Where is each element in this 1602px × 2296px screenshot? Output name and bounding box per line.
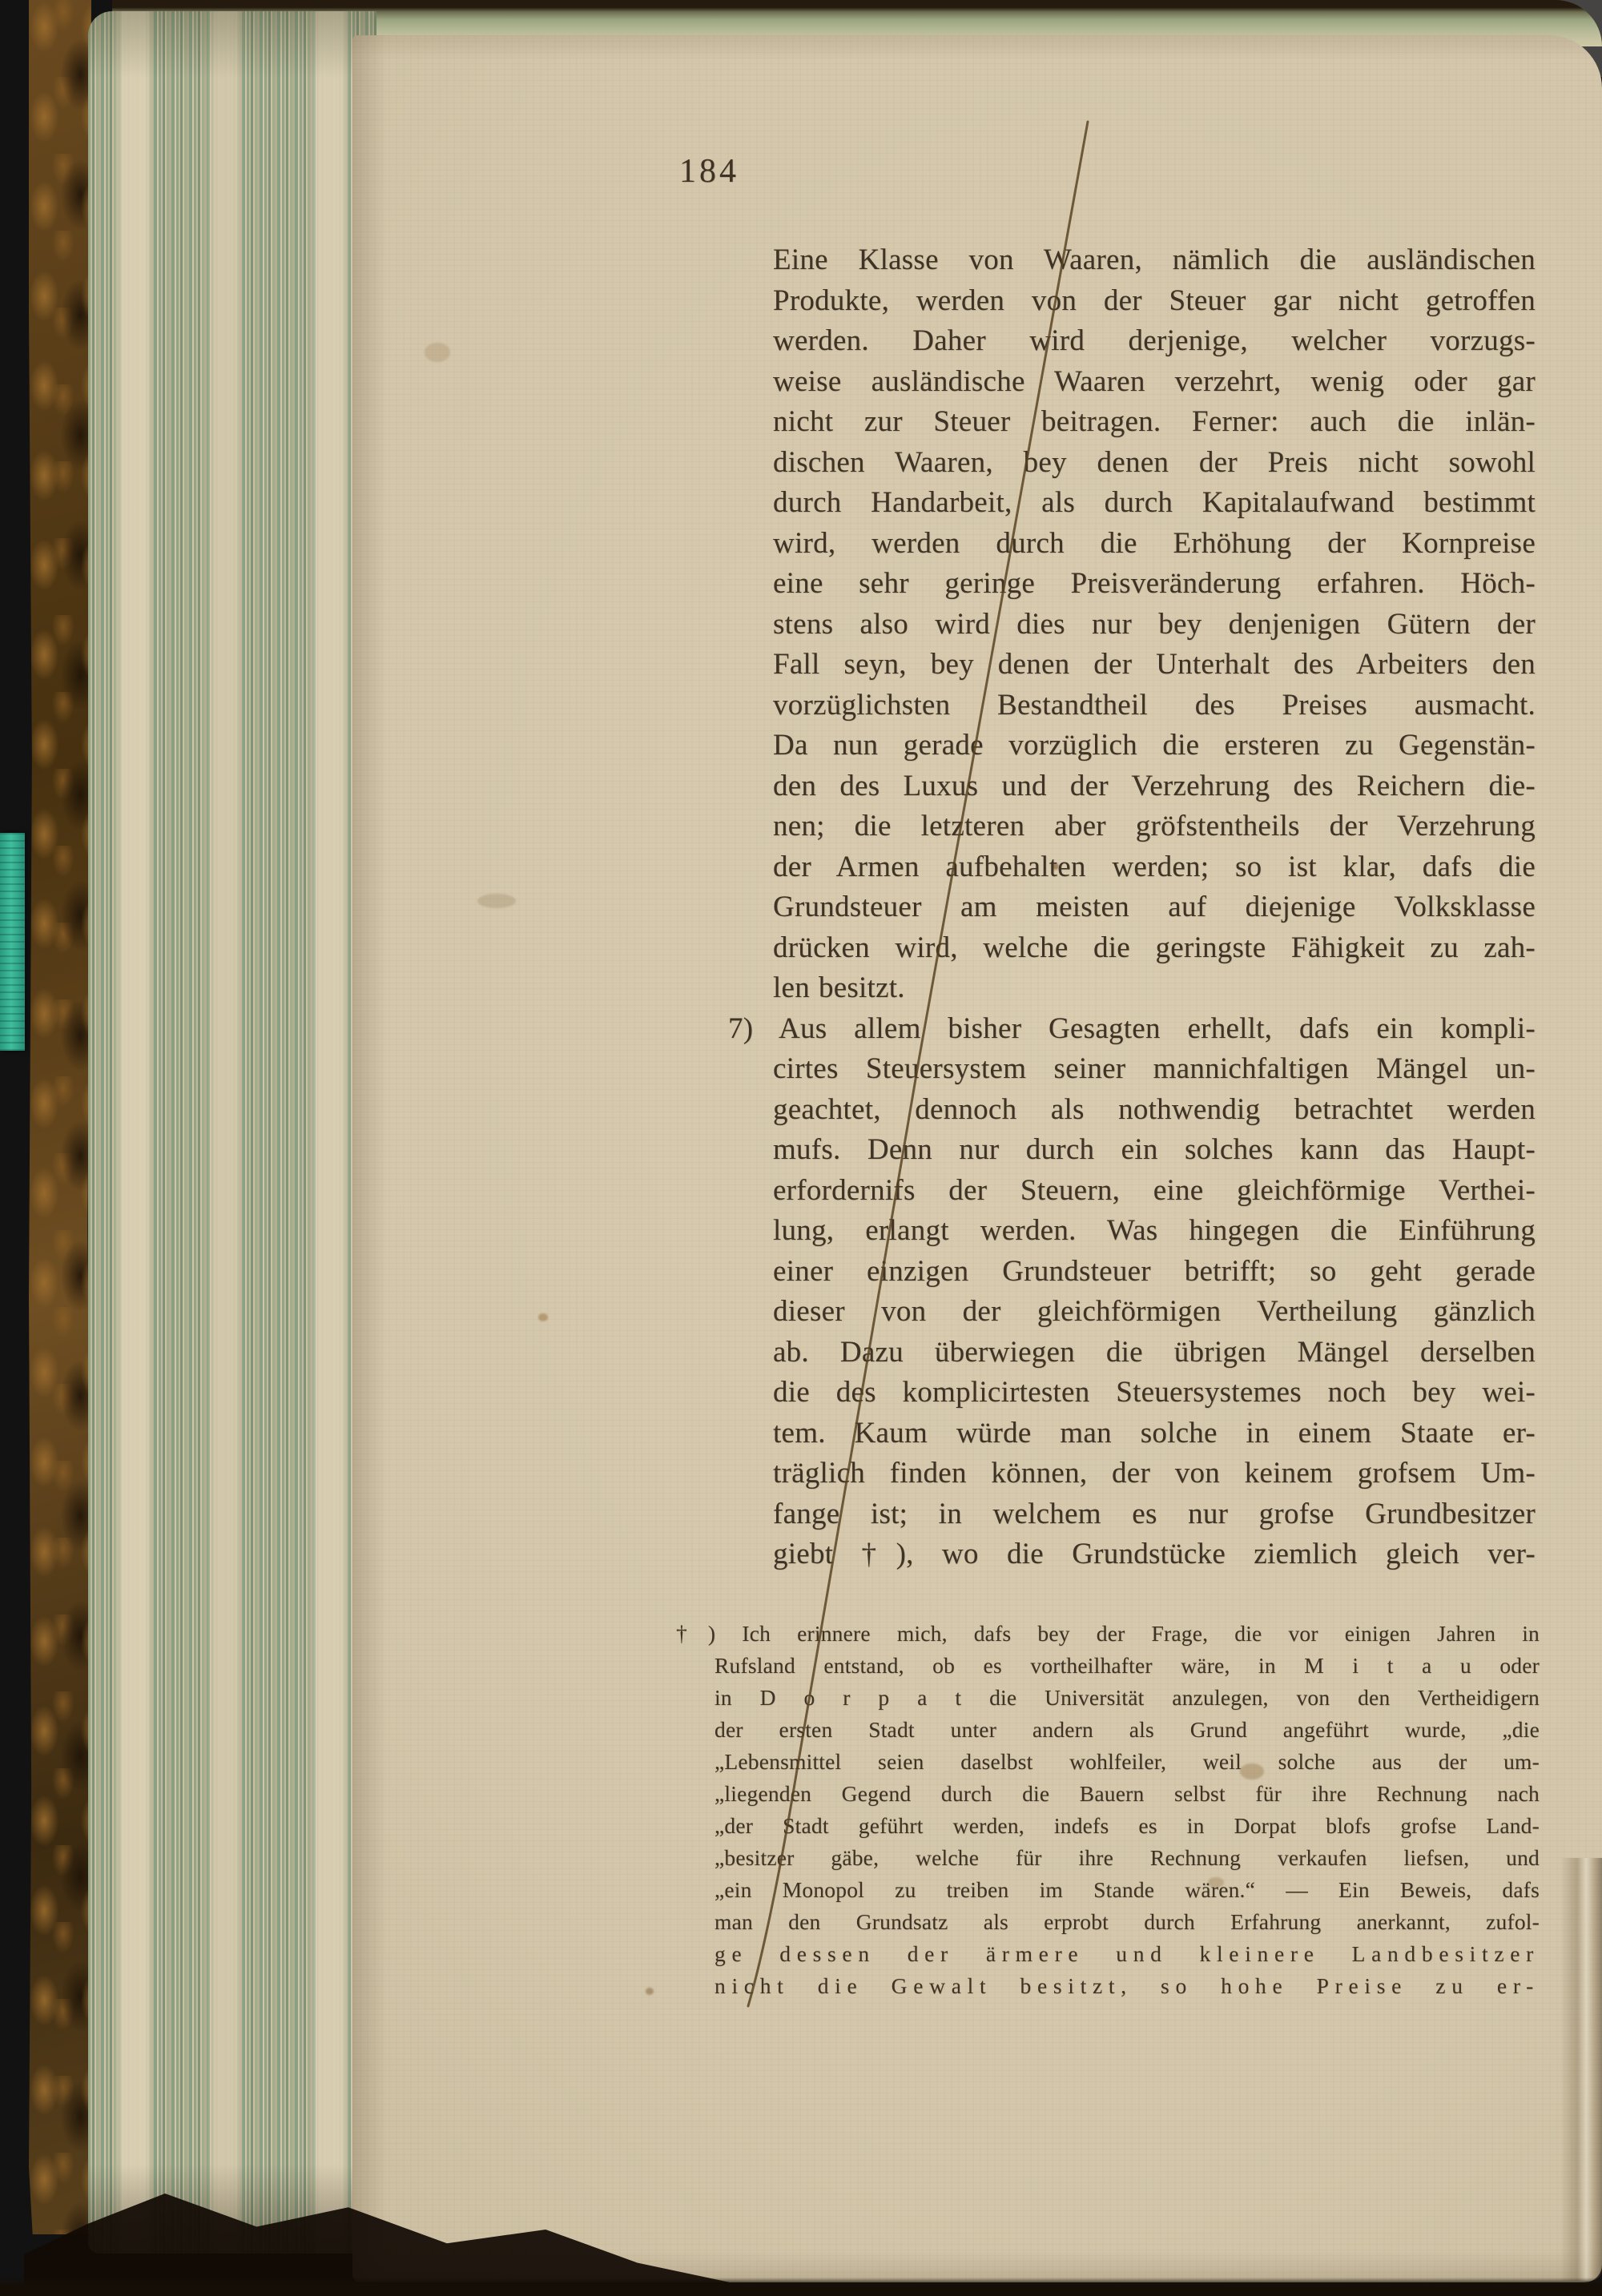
footnote-line: ge dessen der ärmere und kleinere Landbe…	[714, 1938, 1540, 1970]
body-text-line: Grundsteuer am meisten auf diejenige Vol…	[773, 887, 1536, 928]
body-text-line: Fall seyn, bey denen der Unterhalt des A…	[773, 645, 1536, 686]
scan-bottom-edge	[0, 2278, 1602, 2296]
body-text-line: werden. Daher wird derjenige, welcher vo…	[773, 321, 1536, 362]
body-text-line: Eine Klasse von Waaren, nämlich die ausl…	[773, 240, 1536, 281]
page-number: 184	[679, 152, 739, 191]
body-text-line: stens also wird dies nur bey denjenigen …	[773, 605, 1536, 645]
body-text-line: drücken wird, welche die geringste Fähig…	[773, 928, 1536, 969]
body-text-line: erfordernifs der Steuern, eine gleichför…	[773, 1171, 1536, 1212]
footnote-line: „ein Monopol zu treiben im Stande wären.…	[714, 1874, 1540, 1906]
stain	[477, 894, 516, 908]
footnote-line: „liegenden Gegend durch die Bauern selbs…	[714, 1778, 1540, 1810]
book-scan: 184 Eine Klasse von Waaren, nämlich die …	[0, 0, 1602, 2296]
footnote-line: Rufsland entstand, ob es vortheilhafter …	[714, 1650, 1540, 1682]
body-text-line: einer einzigen Grundsteuer betrifft; so …	[773, 1252, 1536, 1293]
body-text-line: 7) Aus allem bisher Gesagten erhellt, da…	[773, 1009, 1536, 1050]
body-text-line: dischen Waaren, bey denen der Preis nich…	[773, 443, 1536, 484]
body-text-line: die des komplicirtesten Steuersystemes n…	[773, 1373, 1536, 1413]
body-text-line: der Armen aufbehalten werden; so ist kla…	[773, 847, 1536, 888]
footnote-line: man den Grundsatz als erprobt durch Erfa…	[714, 1906, 1540, 1938]
body-text-line: den des Luxus und der Verzehrung des Rei…	[773, 766, 1536, 807]
page-fore-edges	[88, 11, 376, 2254]
footnote: †) Ich erinnere mich, dafs bey der Frage…	[714, 1618, 1540, 2002]
footnote-line: in D o r p a t die Universität anzulegen…	[714, 1682, 1540, 1714]
book-page: 184 Eine Klasse von Waaren, nämlich die …	[352, 35, 1602, 2282]
body-text-line: ab. Dazu überwiegen die übrigen Mängel d…	[773, 1333, 1536, 1373]
footnote-line: der ersten Stadt unter andern als Grund …	[714, 1714, 1540, 1746]
stain	[646, 1988, 654, 1995]
stain	[425, 343, 450, 362]
body-text-line: nicht zur Steuer beitragen. Ferner: auch…	[773, 402, 1536, 443]
body-text-line: vorzüglichsten Bestandtheil des Preises …	[773, 686, 1536, 726]
body-text-line: mufs. Denn nur durch ein solches kann da…	[773, 1130, 1536, 1171]
footnote-line: nicht die Gewalt besitzt, so hohe Preise…	[714, 1970, 1540, 2002]
body-text-line: durch Handarbeit, als durch Kapitalaufwa…	[773, 483, 1536, 524]
bookmark-ribbon	[0, 833, 25, 1051]
body-text-line: dieser von der gleichförmigen Vertheilun…	[773, 1292, 1536, 1333]
footnote-line: „besitzer gäbe, welche für ihre Rechnung…	[714, 1842, 1540, 1874]
body-text-line: weise ausländische Waaren verzehrt, weni…	[773, 362, 1536, 403]
book-cover-edge	[29, 0, 91, 2234]
body-text: Eine Klasse von Waaren, nämlich die ausl…	[773, 240, 1536, 1575]
next-page-edge	[1560, 1858, 1602, 2281]
body-text-line: giebt †), wo die Grundstücke ziemlich gl…	[773, 1534, 1536, 1575]
body-text-line: lung, erlangt werden. Was hingegen die E…	[773, 1211, 1536, 1252]
body-text-line: Produkte, werden von der Steuer gar nich…	[773, 281, 1536, 322]
body-text-line: geachtet, dennoch als nothwendig betrach…	[773, 1090, 1536, 1131]
footnote-line: „der Stadt geführt werden, indefs es in …	[714, 1810, 1540, 1842]
footnote-line: „Lebensmittel seien daselbst wohlfeiler,…	[714, 1746, 1540, 1778]
body-text-line: len besitzt.	[773, 968, 1536, 1009]
footnote-line: †) Ich erinnere mich, dafs bey der Frage…	[714, 1618, 1540, 1650]
body-text-line: fange ist; in welchem es nur grofse Grun…	[773, 1494, 1536, 1535]
body-text-line: eine sehr geringe Preisveränderung erfah…	[773, 564, 1536, 605]
stain	[538, 1313, 548, 1321]
body-text-line: tem. Kaum würde man solche in einem Staa…	[773, 1413, 1536, 1454]
body-text-line: träglich finden können, der von keinem g…	[773, 1454, 1536, 1494]
body-text-line: wird, werden durch die Erhöhung der Korn…	[773, 524, 1536, 565]
body-text-line: Da nun gerade vorzüglich die ersteren zu…	[773, 726, 1536, 766]
body-text-line: cirtes Steuersystem seiner mannichfaltig…	[773, 1049, 1536, 1090]
body-text-line: nen; die letzteren aber gröfstentheils d…	[773, 806, 1536, 847]
